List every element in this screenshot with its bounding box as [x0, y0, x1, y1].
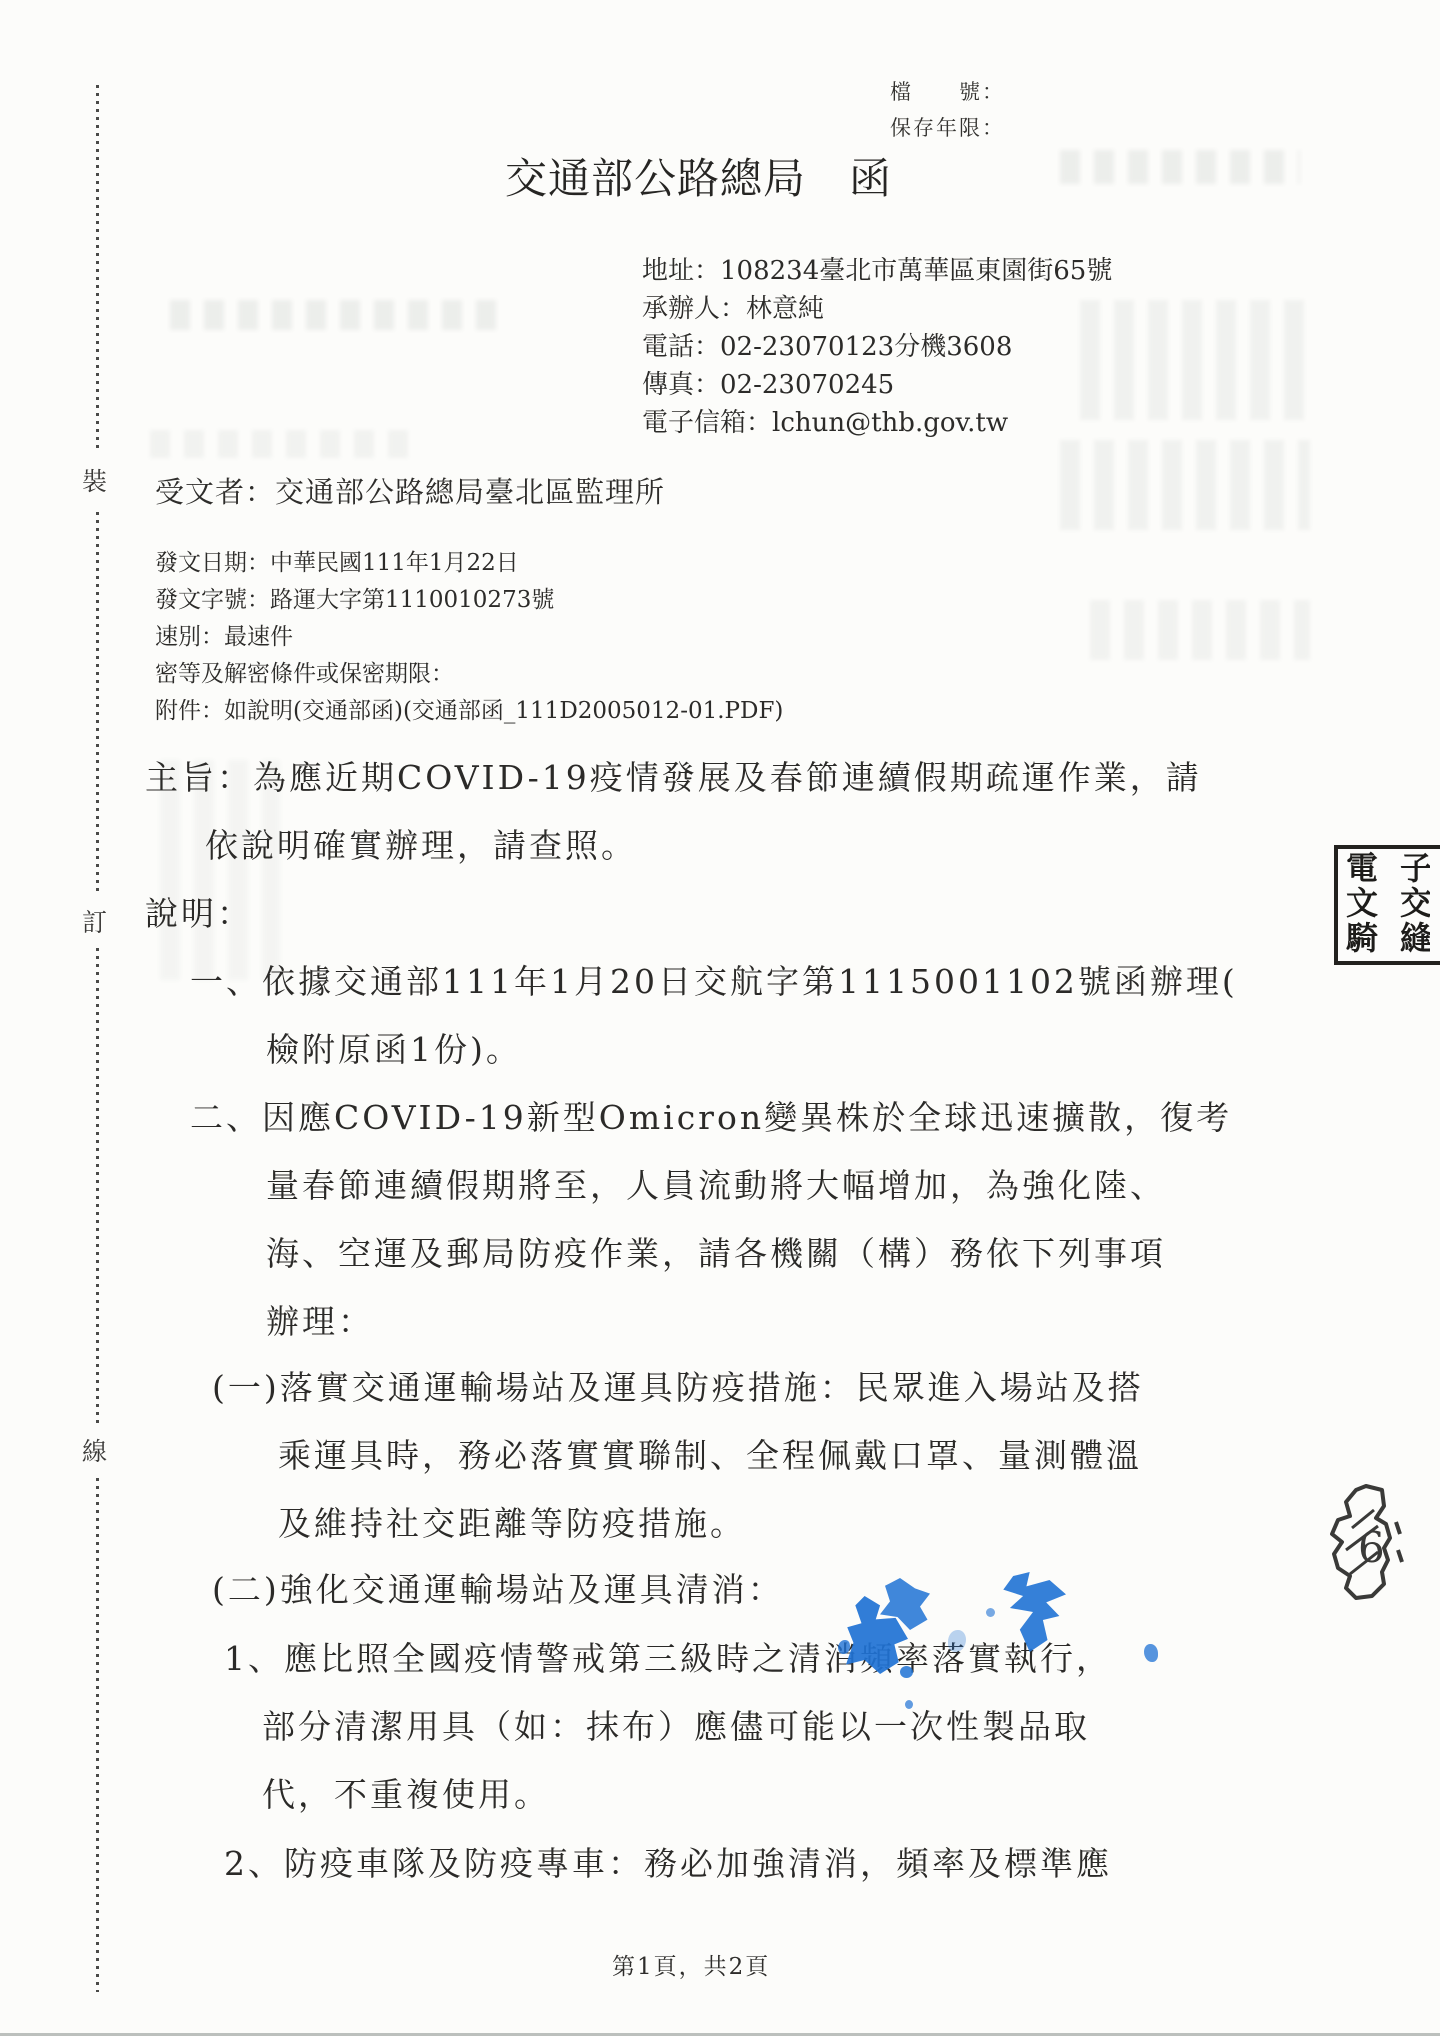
item-1-line-2: 檢附原函1份)。 — [266, 1024, 522, 1071]
bleedthrough-smudge — [1080, 300, 1310, 420]
sender-phone: 電話：02-23070123分機3608 — [642, 328, 1112, 366]
item-2-line-1: 二、因應COVID-19新型Omicron變異株於全球迅速擴散，復考 — [190, 1092, 1232, 1139]
issue-date: 發文日期：中華民國111年1月22日 — [155, 545, 783, 582]
bleedthrough-smudge — [1060, 150, 1300, 184]
issue-metadata-block: 發文日期：中華民國111年1月22日 發文字號：路運大字第1110010273號… — [155, 545, 783, 730]
explanation-label: 說明： — [145, 888, 253, 935]
blue-ink-speck — [905, 1700, 913, 1709]
attachment: 附件：如說明(交通部函)(交通部函_111D2005012-01.PDF) — [155, 693, 783, 730]
issue-number: 發文字號：路運大字第1110010273號 — [155, 582, 783, 619]
security-class: 密等及解密條件或保密期限： — [155, 656, 783, 693]
retention-period-label: 保存年限： — [890, 112, 1005, 142]
binding-mark-zhuang: 裝 — [82, 462, 107, 498]
point-2-line-1: 2、防疫車隊及防疫專車：務必加強清消，頻率及標準應 — [224, 1838, 1112, 1885]
subitem-2-heading: (二)強化交通運輸場站及運具清消： — [212, 1564, 784, 1611]
sender-fax: 傳真：02-23070245 — [642, 366, 1112, 404]
subject-line-2: 依說明確實辦理，請查照。 — [205, 820, 637, 867]
document-title: 交通部公路總局 函 — [505, 146, 892, 206]
subitem-1-line-3: 及維持社交距離等防疫措施。 — [278, 1498, 746, 1545]
priority: 速別：最速件 — [155, 619, 783, 656]
stamp-text-column-right: 子交縫 — [1396, 851, 1430, 956]
file-number-label: 檔 號： — [890, 76, 1005, 106]
point-1-line-3: 代，不重複使用。 — [262, 1769, 550, 1816]
subject-line-1: 主旨：為應近期COVID-19疫情發展及春節連續假期疏運作業，請 — [145, 752, 1202, 799]
binding-mark-ding: 訂 — [82, 903, 107, 939]
bleedthrough-smudge — [150, 430, 410, 458]
bleedthrough-smudge — [1090, 600, 1310, 660]
point-1-line-1: 1、應比照全國疫情警戒第三級時之清消頻率落實執行， — [224, 1633, 1112, 1680]
binding-dotted-line-segment — [96, 948, 99, 1424]
sender-contact-person: 承辦人：林意純 — [642, 290, 1112, 328]
point-1-line-2: 部分清潔用具（如：抹布）應儘可能以一次性製品取 — [262, 1701, 1090, 1748]
item-1-line-1: 一、依據交通部111年1月20日交航字第1115001102號函辦理( — [190, 956, 1238, 1003]
blue-ink-speck — [986, 1608, 995, 1617]
binding-dotted-line-segment — [96, 1478, 99, 1992]
bleedthrough-smudge — [1060, 440, 1310, 530]
subitem-1-line-2: 乘運具時，務必落實實聯制、全程佩戴口罩、量測體溫 — [278, 1430, 1142, 1477]
sender-contact-block: 地址：108234臺北市萬華區東園街65號 承辦人：林意純 電話：02-2307… — [642, 252, 1112, 442]
recipient-line: 受文者：交通部公路總局臺北區監理所 — [155, 470, 665, 511]
binding-mark-xian: 線 — [82, 1432, 107, 1468]
blue-ink-speck — [1144, 1644, 1158, 1662]
stamp-text-column-left: 電文騎 — [1344, 851, 1376, 956]
item-2-line-2: 量春節連續假期將至，人員流動將大幅增加，為強化陸、 — [266, 1160, 1166, 1207]
binding-dotted-line-segment — [96, 512, 99, 894]
sender-address: 地址：108234臺北市萬華區東園街65號 — [642, 252, 1112, 290]
sender-email: 電子信箱：lchun@thb.gov.tw — [642, 404, 1112, 442]
page-seal-scribble: 6 — [1322, 1476, 1410, 1616]
item-2-line-4: 辦理： — [266, 1296, 374, 1343]
scanned-official-letter-page: 檔 號： 保存年限： 交通部公路總局 函 地址：108234臺北市萬華區東園街6… — [0, 0, 1440, 2036]
binding-dotted-line-segment — [96, 85, 99, 453]
blue-ink-speck — [900, 1666, 913, 1678]
bleedthrough-smudge — [170, 300, 500, 330]
seal-number: 6 — [1358, 1523, 1385, 1572]
page-number: 第1頁，共2頁 — [612, 1948, 770, 1981]
subitem-1-line-1: (一)落實交通運輸場站及運具防疫措施：民眾進入場站及搭 — [212, 1362, 1144, 1409]
electronic-exchange-stamp: 電文騎 子交縫 — [1334, 845, 1440, 965]
item-2-line-3: 海、空運及郵局防疫作業，請各機關（構）務依下列事項 — [266, 1228, 1166, 1275]
